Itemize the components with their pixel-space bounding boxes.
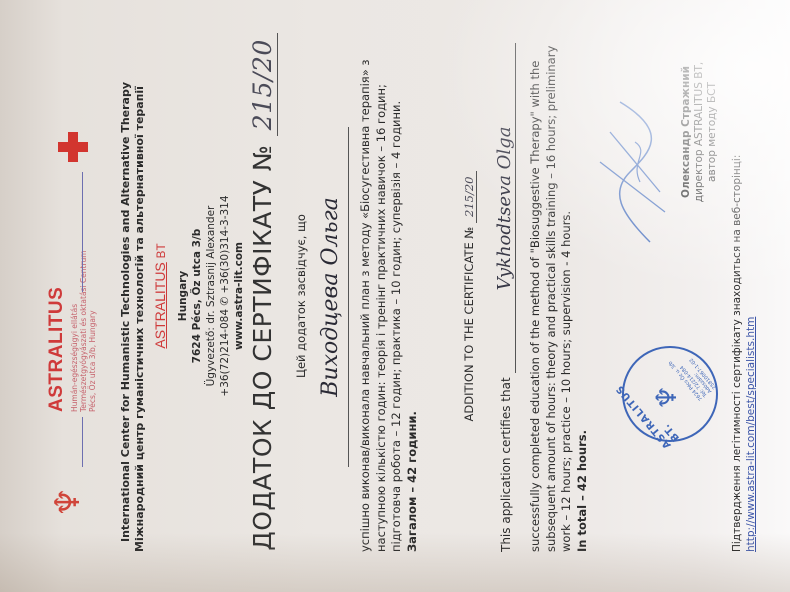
page-title: ДОДАТОК ДО СЕРТИФІКАТУ № 215/20: [248, 2, 277, 582]
brand-subtitle-line: Természetgyógyászati és oktatási Centrum: [79, 212, 88, 412]
subtitle-en-text: ADDITION TO THE CERTIFICATE №: [462, 227, 476, 422]
brand-name: ASTRALITUS: [46, 287, 68, 412]
recipient-name-ua: Виходцева Ольга: [318, 127, 349, 467]
body-en-text: successfully completed education of the …: [528, 46, 573, 552]
address-block: Hungary 7624 Pécs, Öz utca 3/b Ügyvezető…: [176, 0, 246, 592]
signer-role: директор ASTRALITUS BT,: [693, 32, 706, 232]
certifies-en: This application certifies that: [499, 377, 513, 552]
title-text: ДОДАТОК ДО СЕРТИФІКАТУ №: [248, 145, 277, 551]
verification-link[interactable]: http://www.astra-lit.com/best/specialist…: [745, 317, 757, 552]
stamp-figure-icon: ♆: [650, 385, 683, 410]
certificate-number: 215/20: [248, 33, 278, 136]
brand-subtitle-line: Pécs, Öz utca 3/b, Hungary: [88, 212, 97, 412]
signer-name: Олександр Стражний: [680, 32, 693, 232]
divider: [82, 417, 83, 467]
total-ua: Загалом – 42 години.: [405, 411, 419, 552]
brand-bt-name: ASTRALITUS: [152, 262, 168, 348]
certificate-page: ♆ ASTRALITUS Humán-egészségügyi ellátás …: [0, 0, 790, 592]
brand-bt-suffix: BT: [155, 243, 168, 258]
brand-subtitle: Humán-egészségügyi ellátás Természetgyóg…: [70, 212, 97, 412]
body-ua-text: успішно виконав/виконала навчальний план…: [358, 59, 403, 552]
country: Hungary: [176, 0, 190, 592]
brand-bt: ASTRALITUS BT: [152, 0, 168, 592]
website: www.astra-lit.com: [232, 0, 246, 592]
company-stamp: ASTRALITUS BT. ♆ 7624 Pécs Öz u. 3/b Tel…: [622, 346, 718, 442]
letterhead: ♆ ASTRALITUS Humán-egészségügyi ellátás …: [40, 62, 110, 522]
red-cross-icon: [58, 132, 88, 162]
total-en: In total – 42 hours.: [575, 430, 589, 552]
stamp-text: ASTRALITUS BT.: [610, 370, 682, 450]
certifies-en-row: This application certifies that Vykhodts…: [494, 12, 516, 552]
signer-role2: автор методу БСТ: [706, 32, 719, 232]
legitimacy-text: Підтвердження легітимності сертифікату з…: [730, 12, 744, 552]
subtitle-en: ADDITION TO THE CERTIFICATE № 215/20: [462, 0, 476, 592]
legitimacy-note: Підтвердження легітимності сертифікату з…: [730, 12, 758, 552]
body-ua: успішно виконав/виконала навчальний план…: [358, 32, 420, 552]
address: 7624 Pécs, Öz utca 3/b: [190, 0, 204, 592]
signature: [580, 92, 680, 252]
certifies-ua: Цей додаток засвідчує, що: [294, 0, 308, 592]
director-line: Ügyvezető: dr. Sztrasnij Alexander: [204, 0, 218, 592]
org-name-en: International Center for Humanistic Tech…: [118, 22, 133, 542]
brand-subtitle-line: Humán-egészségügyi ellátás: [70, 212, 79, 412]
divider: [82, 172, 83, 292]
certificate-number-en: 215/20: [462, 171, 477, 223]
signer-block: Олександр Стражний директор ASTRALITUS B…: [680, 32, 719, 232]
dancer-logo-icon: ♆: [48, 482, 88, 522]
recipient-name-en: Vykhodtseva Olga: [494, 43, 516, 373]
phones: +36(72)214-084 ✆ +36(30)314-3-314: [218, 0, 232, 592]
org-name-ua: Міжнародний центр гуманістичних технолог…: [133, 12, 146, 552]
